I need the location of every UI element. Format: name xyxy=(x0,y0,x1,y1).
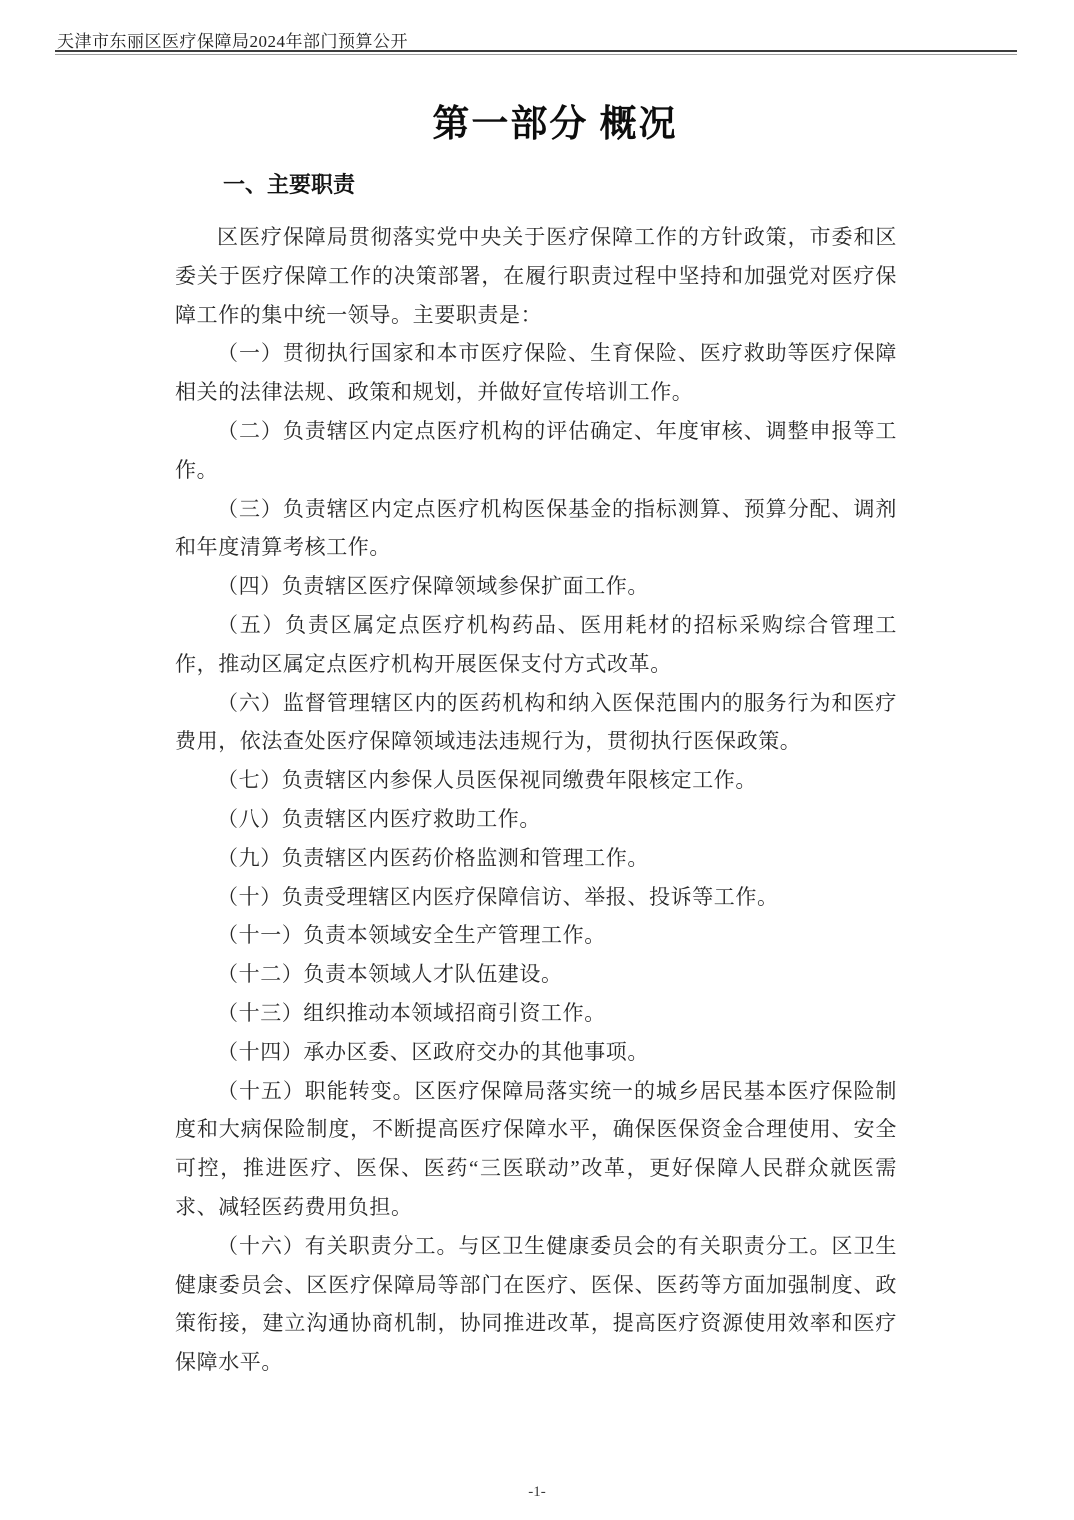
body-paragraph: （三）负责辖区内定点医疗机构医保基金的指标测算、预算分配、调剂和年度清算考核工作… xyxy=(175,490,897,568)
body-paragraph: （六）监督管理辖区内的医药机构和纳入医保范围内的服务行为和医疗费用，依法查处医疗… xyxy=(175,684,897,762)
body-paragraphs: 区医疗保障局贯彻落实党中央关于医疗保障工作的方针政策，市委和区委关于医疗保障工作… xyxy=(175,218,897,1382)
body-paragraph: （十五）职能转变。区医疗保障局落实统一的城乡居民基本医疗保险制度和大病保险制度，… xyxy=(175,1072,897,1227)
page-title: 第一部分 概况 xyxy=(18,103,1074,147)
body-paragraph: （十二）负责本领域人才队伍建设。 xyxy=(175,955,897,994)
body-paragraph: （十）负责受理辖区内医疗保障信访、举报、投诉等工作。 xyxy=(175,878,897,917)
body-paragraph: （一）贯彻执行国家和本市医疗保险、生育保险、医疗救助等医疗保障相关的法律法规、政… xyxy=(175,334,897,412)
document-page: 天津市东丽区医疗保障局2024年部门预算公开 第一部分 概况 一、主要职责 区医… xyxy=(0,0,1074,1520)
body-paragraph: （五）负责区属定点医疗机构药品、医用耗材的招标采购综合管理工作，推动区属定点医疗… xyxy=(175,606,897,684)
page-number: -1- xyxy=(0,1484,1074,1501)
body-paragraph: 区医疗保障局贯彻落实党中央关于医疗保障工作的方针政策，市委和区委关于医疗保障工作… xyxy=(175,218,897,334)
document-body: 一、主要职责 区医疗保障局贯彻落实党中央关于医疗保障工作的方针政策，市委和区委关… xyxy=(175,172,897,1382)
body-paragraph: （十四）承办区委、区政府交办的其他事项。 xyxy=(175,1033,897,1072)
body-paragraph: （二）负责辖区内定点医疗机构的评估确定、年度审核、调整申报等工作。 xyxy=(175,412,897,490)
body-paragraph: （四）负责辖区医疗保障领域参保扩面工作。 xyxy=(175,567,897,606)
body-paragraph: （十六）有关职责分工。与区卫生健康委员会的有关职责分工。区卫生健康委员会、区医疗… xyxy=(175,1227,897,1382)
body-paragraph: （七）负责辖区内参保人员医保视同缴费年限核定工作。 xyxy=(175,761,897,800)
header-title: 天津市东丽区医疗保障局2024年部门预算公开 xyxy=(57,27,408,52)
body-paragraph: （十三）组织推动本领域招商引资工作。 xyxy=(175,994,897,1033)
body-paragraph: （九）负责辖区内医药价格监测和管理工作。 xyxy=(175,839,897,878)
section-heading: 一、主要职责 xyxy=(175,172,897,198)
body-paragraph: （十一）负责本领域安全生产管理工作。 xyxy=(175,916,897,955)
header-rule xyxy=(55,50,1017,55)
body-paragraph: （八）负责辖区内医疗救助工作。 xyxy=(175,800,897,839)
